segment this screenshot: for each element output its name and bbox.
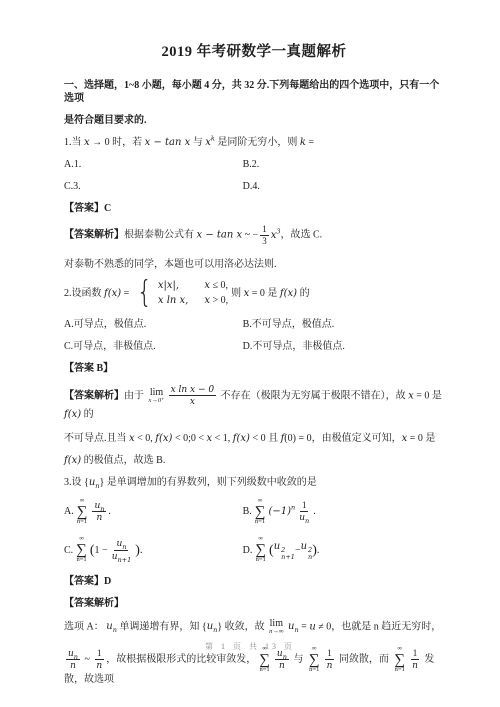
text-run: 的	[297, 287, 310, 298]
text-run: < 0;0 <	[172, 433, 206, 444]
text-run: n	[70, 661, 76, 671]
text-run: un	[94, 501, 104, 511]
text-run: un	[288, 621, 299, 632]
question-1-analysis-line2: 对泰勒不熟悉的同学，本题也可以用洛必达法则.	[64, 258, 444, 271]
text-run: ，故选 C.	[280, 230, 322, 241]
q3-option-c: C. ∞∑n=1(1 − unun+1).	[64, 536, 243, 563]
math-limit: limx→0⁺	[149, 388, 165, 405]
q3-option-b: B. ∞∑n=1(−1)n 1un.	[243, 498, 444, 525]
question-3-stem: 3.设 {un} 是单调增加的有界数列，则下列级数中收敛的是	[64, 476, 444, 489]
sigma-symbol: ∑	[255, 543, 266, 557]
sigma-symbol: ∑	[77, 505, 88, 519]
text-run: 的极值点，故选 B.	[81, 455, 165, 466]
text-run: 选项 A：	[64, 621, 106, 632]
text-run: x3	[271, 230, 281, 241]
text-run: ~ −	[242, 230, 258, 241]
cases-expression: x ln x,	[158, 295, 188, 307]
sigma-symbol: ∑	[309, 653, 320, 667]
q1-option-d: D.4.	[243, 180, 444, 193]
text-run: u2n	[301, 540, 313, 561]
text-run: 3.设 {	[64, 477, 89, 488]
text-run: < 0,	[135, 433, 156, 444]
text-run: 2.设函数	[64, 287, 104, 298]
math-fraction: 13	[260, 224, 269, 247]
text-run: 单调递增有界，知 {	[117, 621, 207, 632]
text-run: f(x)	[104, 287, 121, 298]
text-run: x|x|,	[158, 280, 179, 291]
text-run: 1	[262, 224, 267, 234]
q2-option-d: D.不可导点，非极值点.	[243, 340, 444, 353]
text-run: ≠ 0，也就是 n 趋近无穷时，	[316, 621, 442, 632]
question-1-options-row-1: A.1. B.2.	[64, 158, 444, 171]
math-cases: {x|x|,x ≤ 0,x ln x,x > 0,	[135, 280, 228, 307]
math-fraction: 1un	[297, 500, 311, 524]
question-2-options-row-1: A.可导点，极值点. B.不可导点，极值点.	[64, 318, 444, 331]
math-subsup: 2n+1	[281, 547, 295, 561]
q1-option-b: B.2.	[243, 158, 444, 171]
text-run: } 收敛，故	[217, 621, 267, 632]
math-fraction: x ln x − 0x	[169, 384, 217, 409]
text-run: < 0 且	[250, 433, 281, 444]
question-1-stem: 1.当 x → 0 时，若 x − tan x 与 xk 是同阶无穷小，则 k …	[64, 136, 444, 149]
text-run: 【答案解析】	[64, 390, 124, 401]
question-3-options-row-1: A. ∞∑n=1unn. B. ∞∑n=1(−1)n 1un.	[64, 498, 444, 525]
text-run: ≤ 0,	[210, 280, 228, 291]
text-run: f(x)	[233, 433, 250, 444]
text-run: → 0 时，若	[90, 137, 145, 148]
text-run: A.	[64, 505, 74, 518]
text-run: un	[116, 539, 126, 549]
document-title: 2019 年考研数学一真题解析	[64, 40, 444, 61]
text-run: un	[299, 513, 309, 523]
text-run: .	[313, 505, 316, 518]
text-run: 不存在（极限为无穷属于极限不错在），故	[218, 390, 408, 401]
text-run: D.	[243, 544, 253, 557]
text-run: 则	[231, 287, 244, 298]
cases-expression: x|x|,	[158, 280, 188, 292]
text-run: =	[306, 137, 314, 148]
text-run: B.	[243, 505, 252, 518]
question-3-answer: 【答案】D	[64, 575, 444, 588]
question-2-stem: 2.设函数 f(x) = {x|x|,x ≤ 0,x ln x,x > 0,则 …	[64, 280, 444, 307]
text-run: 同敛散，而	[336, 654, 391, 665]
text-run: 1	[302, 500, 307, 510]
text-run: x ln x,	[158, 295, 188, 306]
text-run: n	[279, 661, 285, 671]
text-run: = 0 是	[414, 390, 442, 401]
question-2-analysis-line1: 【答案解析】由于 limx→0⁺x ln x − 0x 不存在（极限为无穷属于极…	[64, 384, 444, 422]
text-run: ~	[82, 654, 92, 665]
text-run: 【答案解析】	[64, 230, 124, 241]
text-run: n	[96, 661, 102, 671]
math-fraction: unn	[92, 500, 106, 525]
text-run: .	[140, 544, 143, 557]
q3-option-a: A. ∞∑n=1unn.	[64, 498, 243, 525]
document-page: 2019 年考研数学一真题解析 一、选择题，1~8 小题，每小题 4 分，共 3…	[0, 0, 500, 686]
question-1-analysis-line1: 【答案解析】根据泰勒公式有 x − tan x ~ −13x3，故选 C.	[64, 224, 444, 247]
text-run: f(x)	[155, 433, 172, 444]
math-fraction: unun+1	[110, 538, 134, 563]
text-run: un	[89, 477, 100, 488]
math-summation: ∞∑n=1	[76, 536, 87, 563]
q2-option-b: B.不可导点，极值点.	[243, 318, 444, 331]
sigma-symbol: ∑	[259, 653, 270, 667]
cases-condition: x ≤ 0,	[204, 280, 228, 292]
text-run: x − tan x	[197, 230, 243, 241]
text-run: u2n+1	[274, 540, 295, 561]
text-run: 的	[81, 409, 94, 420]
text-run: 对泰勒不熟悉的同学，本题也可以用洛必达法则.	[64, 259, 277, 270]
text-run: x ln x − 0	[171, 385, 215, 395]
text-run: n	[97, 513, 103, 523]
text-run: = 0 是	[249, 287, 280, 298]
text-run: C.	[64, 544, 73, 557]
question-3-analysis-line1: 选项 A： un 单调递增有界，知 {un} 收敛，故 limn→∞ un = …	[64, 619, 444, 636]
text-run: 与	[291, 654, 306, 665]
question-3-options-row-2: C. ∞∑n=1(1 − unun+1). D. ∞∑n=1(u2n+1 − u…	[64, 536, 444, 563]
text-run: 3	[262, 236, 267, 246]
text-run: = 0 是	[407, 433, 435, 444]
text-run: n	[412, 661, 418, 671]
question-1-options-row-2: C.3. D.4.	[64, 180, 444, 193]
text-run: un	[106, 621, 117, 632]
page-footer: 第 1 页 共 13 页	[0, 641, 500, 652]
cases-rows: x|x|,x ≤ 0,x ln x,x > 0,	[158, 280, 228, 307]
text-run: 由于	[124, 390, 147, 401]
cases-brace: {	[137, 280, 152, 306]
text-run: =	[299, 621, 310, 632]
text-run: 是同阶无穷小，则	[215, 137, 300, 148]
question-2-options-row-2: C.可导点，非极值点. D.不可导点，非极值点.	[64, 340, 444, 353]
text-run: x − tan x	[145, 137, 191, 148]
text-run: f(x)	[64, 455, 81, 466]
text-run: 不可导点.且当	[64, 433, 129, 444]
text-run: 1 −	[95, 544, 108, 557]
math-summation: ∞∑n=1	[255, 498, 266, 525]
text-run: 根据泰勒公式有	[124, 230, 197, 241]
question-2-answer: 【答案 B】	[64, 362, 444, 375]
q2-option-a: A.可导点，极值点.	[64, 318, 243, 331]
question-2-analysis-line3: f(x) 的极值点，故选 B.	[64, 454, 444, 467]
text-run: 1.当	[64, 137, 84, 148]
text-run: (−1)n	[268, 505, 295, 518]
text-run: ，故根据极限形式的比较审敛发，	[106, 654, 256, 665]
q2-option-c: C.可导点，非极值点.	[64, 340, 243, 353]
text-run: .	[317, 544, 320, 557]
text-run: } 是单调增加的有界数列，则下列级数中收敛的是	[99, 477, 316, 488]
text-run: > 0,	[210, 295, 228, 306]
text-run: xk	[205, 137, 215, 148]
section-intro-line1: 一、选择题，1~8 小题，每小题 4 分，共 32 分.下列每题给出的四个选项中…	[64, 79, 444, 105]
text-run: (0) = 0，由极值定义可知，	[284, 433, 401, 444]
section-intro-line2: 是符合题目要求的.	[64, 114, 444, 127]
question-2-analysis-line2: 不可导点.且当 x < 0, f(x) < 0;0 < x < 1, f(x) …	[64, 432, 444, 445]
sigma-symbol: ∑	[76, 543, 87, 557]
text-run: n	[327, 661, 333, 671]
text-run: f(x)	[64, 409, 81, 420]
text-run: =	[121, 287, 132, 298]
text-run: un	[207, 621, 218, 632]
text-run: un+1	[112, 552, 132, 562]
math-summation: ∞∑n=1	[77, 498, 88, 525]
q1-option-c: C.3.	[64, 180, 243, 193]
sigma-symbol: ∑	[394, 653, 405, 667]
q1-option-a: A.1.	[64, 158, 243, 171]
q3-option-d: D. ∞∑n=1(u2n+1 − u2n).	[243, 536, 444, 563]
sigma-symbol: ∑	[255, 505, 266, 519]
cases-condition: x > 0,	[204, 295, 228, 307]
text-run: f(x)	[280, 287, 297, 298]
text-run: .	[108, 505, 111, 518]
question-3-analysis-line2: unn ~ 1n，故根据极限形式的比较审敛发，∞∑n=1unn 与 ∞∑n=11…	[64, 646, 444, 686]
text-run: < 1,	[212, 433, 233, 444]
math-limit: limn→∞	[269, 619, 283, 636]
question-3-analysis-header: 【答案解析】	[64, 597, 444, 610]
math-summation: ∞∑n=1	[255, 536, 266, 563]
text-run: x	[190, 397, 195, 407]
text-run: 与	[190, 137, 205, 148]
question-1-answer: 【答案】C	[64, 202, 444, 215]
